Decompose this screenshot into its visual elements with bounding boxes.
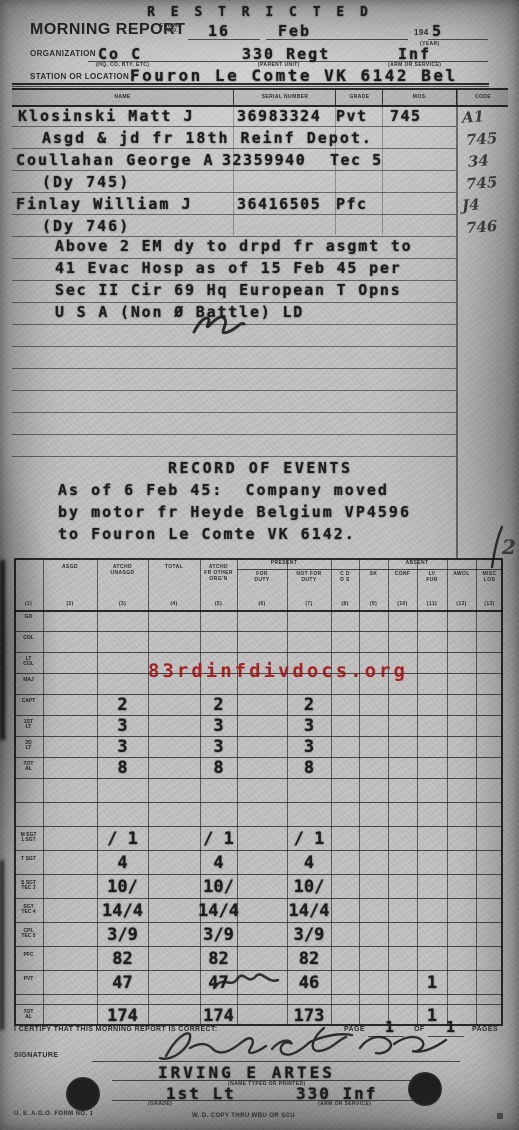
table-vline <box>388 558 389 1026</box>
col-number: (1) <box>14 601 43 607</box>
roster-grade: Pfc <box>336 195 368 213</box>
roster-col-code: CODE <box>456 90 509 105</box>
roster-name: Asgd & jd fr 18th Reinf Depot. <box>42 129 373 147</box>
table-vline <box>476 558 477 1026</box>
date-day: 16 <box>208 22 230 40</box>
cell-value-col2: / 1 <box>107 829 138 849</box>
table-hline <box>14 946 503 947</box>
watermark: 83rdinfdivdocs.org <box>148 660 408 682</box>
cell-value-col2: 2 <box>117 695 127 715</box>
roster-code-handwritten: 745 <box>465 173 497 193</box>
footer-copy-routing: W. D. COPY THRU WBU OR SCU <box>192 1114 295 1119</box>
col-label: AWOL <box>447 571 476 577</box>
footer-form-number: U. S. A.G.O. FORM NO. 1 <box>14 1112 93 1117</box>
cell-value-col6: 82 <box>299 949 319 969</box>
cell-value-col4: 14/4 <box>198 901 239 921</box>
remarks-line: Sec II Cir 69 Hq European T Opns <box>55 281 402 299</box>
col-label: ASGD <box>43 564 97 570</box>
col-label: FORDUTY <box>237 571 287 583</box>
col-label: C DD S <box>331 571 359 583</box>
roster-row: Finlay William J36416505PfcJ4 <box>0 193 519 215</box>
table-hline <box>14 631 503 632</box>
cell-value-col2: 174 <box>107 1006 138 1026</box>
handwritten-initials <box>188 310 248 340</box>
row-stub: GO <box>14 615 43 620</box>
roster-name: (Dy 745) <box>42 173 130 191</box>
typed-name: IRVING E ARTES <box>158 1063 335 1082</box>
cell-value-col2: 47 <box>112 973 132 993</box>
roster-col-mos-: MOS. <box>382 90 457 105</box>
table-vline <box>417 558 418 1026</box>
col-label: MISCLOS <box>476 571 503 583</box>
table-hline <box>14 850 503 851</box>
roster-col-name: NAME <box>12 90 233 105</box>
table-hline <box>14 826 503 827</box>
date-month: Feb <box>278 22 311 40</box>
table-vline <box>43 558 44 1026</box>
table-hline <box>14 736 503 737</box>
col-number: (2) <box>43 601 97 607</box>
cell-value-col2: 82 <box>112 949 132 969</box>
cell-value-col6: 10/ <box>294 877 325 897</box>
table-vline <box>359 558 360 1026</box>
row-stub: M SGT1 SGT <box>14 833 43 843</box>
roster-code-handwritten: 34 <box>467 151 489 170</box>
row-stub: TOTAL <box>14 1010 43 1020</box>
col-number: (10) <box>388 601 417 607</box>
row-stub: SGTTEC 4 <box>14 905 43 915</box>
cell-value-col6: 8 <box>304 758 314 778</box>
col-label: CONF <box>388 571 417 577</box>
unit-caption-bottom: (ARM OR SERVICE) <box>318 1102 371 1107</box>
signature-cursive <box>148 1022 458 1064</box>
col-number: (5) <box>200 601 237 607</box>
table-hline <box>14 898 503 899</box>
roster-serial: 32359940 <box>222 151 306 169</box>
margin-mark: 2 <box>502 535 516 559</box>
roster-grade: Tec 5 <box>330 151 383 169</box>
cell-value-col6: 4 <box>304 853 314 873</box>
row-stub: S SGTTEC 3 <box>14 881 43 891</box>
events-line: by motor fr Heyde Belgium VP4596 <box>58 503 411 521</box>
scan-edge-left <box>0 560 5 740</box>
punch-hole-right <box>408 1072 442 1106</box>
table-vline <box>447 558 448 1026</box>
remarks-line: 41 Evac Hosp as of 15 Feb 45 per <box>55 259 402 277</box>
cell-value-col2: 3/9 <box>107 925 138 945</box>
table-hline <box>14 802 503 803</box>
cell-value-col4: 3/9 <box>203 925 234 945</box>
table-hline <box>14 778 503 779</box>
pvt-correction-scrawl <box>212 968 282 994</box>
cell-value-col4: 8 <box>213 758 223 778</box>
roster-row: Coullahan George A32359940Tec 534 <box>0 149 519 171</box>
table-hline <box>14 922 503 923</box>
col-number: (11) <box>417 601 447 607</box>
cell-value-col6: 14/4 <box>289 901 330 921</box>
roster-code-handwritten: A1 <box>461 107 484 126</box>
col-label: ATCHDFR OTHERORG'N <box>200 564 237 582</box>
roster-col-grade: GRADE <box>335 90 383 105</box>
events-line: As of 6 Feb 45: Company moved <box>58 481 389 499</box>
year-printed: 194 <box>414 28 429 37</box>
roster-row: Asgd & jd fr 18th Reinf Depot.745 <box>0 127 519 149</box>
roster-name: Klosinski Matt J <box>18 107 195 125</box>
footer-corner-mark <box>497 1113 503 1119</box>
roster-row: (Dy 746)746 <box>0 215 519 237</box>
morning-report-document: R E S T R I C T E D MORNING REPORT ENDIN… <box>0 0 519 1130</box>
cell-value-col2: 3 <box>117 737 127 757</box>
table-vline <box>97 558 98 1026</box>
roster-name: Coullahan George A <box>16 151 215 169</box>
roster-code-handwritten: 745 <box>465 129 497 149</box>
table-vline <box>287 558 288 1026</box>
table-vline <box>200 558 201 1026</box>
cell-value-col4: 3 <box>213 716 223 736</box>
col-label: TOTAL <box>148 564 200 570</box>
col-number: (4) <box>148 601 200 607</box>
col-label: SK <box>359 571 388 577</box>
cell-value-col6: 2 <box>304 695 314 715</box>
col-number: (9) <box>359 601 388 607</box>
row-stub: MAJ <box>14 678 43 683</box>
cell-value-col2: 10/ <box>107 877 138 897</box>
table-hline <box>14 715 503 716</box>
cell-value-col2: 3 <box>117 716 127 736</box>
strength-table: PRESENTABSENT(1)ASGD(2)ATCHDUNASGD(3)TOT… <box>14 558 503 1026</box>
col-label: LVFUR <box>417 571 447 583</box>
grade-caption: (GRADE) <box>148 1102 172 1107</box>
table-vline <box>237 558 238 1026</box>
typed-name-caption: (NAME TYPED OR PRINTED) <box>228 1082 306 1087</box>
row-stub: COL <box>14 636 43 641</box>
roster-grade: Pvt <box>336 107 368 125</box>
table-hline <box>14 874 503 875</box>
events-line: to Fouron Le Comte VK 6142. <box>58 525 356 543</box>
row-stub: 1STLT <box>14 720 43 730</box>
cell-value-col6: / 1 <box>294 829 325 849</box>
cell-value-col4: 10/ <box>203 877 234 897</box>
col-number: (6) <box>237 601 287 607</box>
cell-value-col2: 14/4 <box>102 901 143 921</box>
organization-label: ORGANIZATION <box>30 49 96 58</box>
group-header-absent: ABSENT <box>331 558 503 570</box>
station-label: STATION OR LOCATION <box>30 72 129 81</box>
row-stub: CAPT <box>14 699 43 704</box>
cell-value-col6: 46 <box>299 973 319 993</box>
cell-value-col4: 4 <box>213 853 223 873</box>
roster-code-handwritten: 746 <box>465 217 497 237</box>
restricted-banner: R E S T R I C T E D <box>0 5 519 20</box>
group-header-present: PRESENT <box>237 558 331 570</box>
signature-label: SIGNATURE <box>14 1052 58 1059</box>
pages-label: PAGES <box>472 1026 498 1033</box>
table-hline <box>14 652 503 653</box>
table-hline <box>14 694 503 695</box>
punch-hole-left <box>66 1077 100 1111</box>
cell-value-col6: 3 <box>304 716 314 736</box>
cell-value-col2: 4 <box>117 853 127 873</box>
roster-mos: 745 <box>390 107 422 125</box>
row-stub: TOTAL <box>14 762 43 772</box>
row-stub: 2DLT <box>14 741 43 751</box>
table-hline <box>14 757 503 758</box>
col-number: (13) <box>476 601 503 607</box>
row-stub: PFC <box>14 953 43 958</box>
roster-row: (Dy 745)745 <box>0 171 519 193</box>
roster-serial: 36416505 <box>237 195 321 213</box>
cell-value-col10: 1 <box>427 973 437 993</box>
row-stub: PVT <box>14 977 43 982</box>
table-frame <box>14 558 503 1026</box>
roster-row: Klosinski Matt J36983324Pvt745A1 <box>0 105 519 127</box>
cell-value-col4: 82 <box>208 949 228 969</box>
roster-code-handwritten: J4 <box>461 195 480 214</box>
table-vline <box>148 558 149 1026</box>
cell-value-col4: 3 <box>213 737 223 757</box>
col-number: (12) <box>447 601 476 607</box>
roster-name: Finlay William J <box>16 195 193 213</box>
record-of-events-title: RECORD OF EVENTS <box>168 459 353 477</box>
table-hline <box>14 610 503 612</box>
table-hline <box>14 994 503 995</box>
cell-value-col6: 3/9 <box>294 925 325 945</box>
table-vline <box>331 558 332 1026</box>
row-stub: T SGT <box>14 857 43 862</box>
cell-value-col6: 3 <box>304 737 314 757</box>
remarks-line: U S A (Non Ø Battle) LD <box>55 303 304 321</box>
col-number: (8) <box>331 601 359 607</box>
ending-2400-label: ENDING2400. <box>160 24 182 34</box>
col-number: (3) <box>97 601 148 607</box>
scan-edge-left2 <box>0 860 4 1030</box>
roster-serial: 36983324 <box>237 107 321 125</box>
row-stub: CPLTEC 5 <box>14 929 43 939</box>
remarks-line: Above 2 EM dy to drpd fr asgmt to <box>55 237 412 255</box>
cell-value-col4: 2 <box>213 695 223 715</box>
cell-value-col2: 8 <box>117 758 127 778</box>
roster-name: (Dy 746) <box>42 217 130 235</box>
cell-value-col4: / 1 <box>203 829 234 849</box>
col-label: ATCHDUNASGD <box>97 564 148 576</box>
col-number: (7) <box>287 601 331 607</box>
row-stub: LTCOL <box>14 657 43 667</box>
roster-col-serial-number: SERIAL NUMBER <box>233 90 336 105</box>
year-typed: 5 <box>432 22 441 40</box>
col-label: NOT FORDUTY <box>287 571 331 583</box>
